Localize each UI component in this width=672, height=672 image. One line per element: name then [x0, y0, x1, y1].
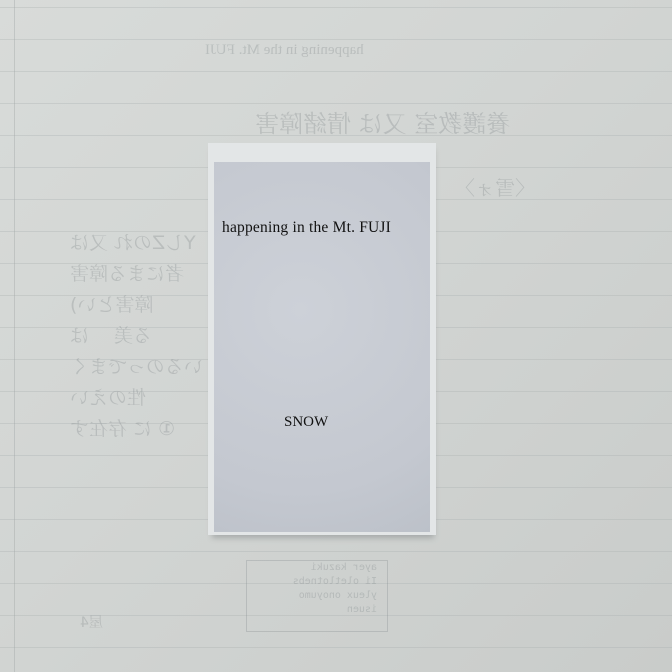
card-title: happening in the Mt. FUJI	[222, 219, 391, 237]
show-through-heading: 養護教室 又は 情緒障害	[255, 104, 510, 139]
show-through-stamp: ayer kazuki Ii oletlotnebs yleux onoyumo…	[246, 560, 388, 632]
notebook-page: happening in the Mt. FUJI 養護教室 又は 情緒障害 〈…	[0, 0, 672, 672]
show-through-page-number: 屋4	[80, 612, 103, 632]
stamp-line: isuen	[247, 603, 387, 617]
stamp-line: Ii oletlotnebs	[247, 575, 387, 589]
stamp-line: yleux onoyumo	[247, 589, 387, 603]
show-through-subheading: 〈雪ォ〉	[455, 172, 535, 201]
stamp-line: ayer kazuki	[247, 561, 387, 575]
page-edge	[14, 0, 15, 672]
show-through-title: happening in the Mt. FUJI	[205, 42, 364, 59]
paper-card	[214, 162, 430, 532]
show-through-notes: YしZのれ 又は 者にまる障害 障害とい) る美 は いるのっでまく 性のえい …	[70, 228, 210, 445]
card-word: SNOW	[284, 414, 328, 431]
